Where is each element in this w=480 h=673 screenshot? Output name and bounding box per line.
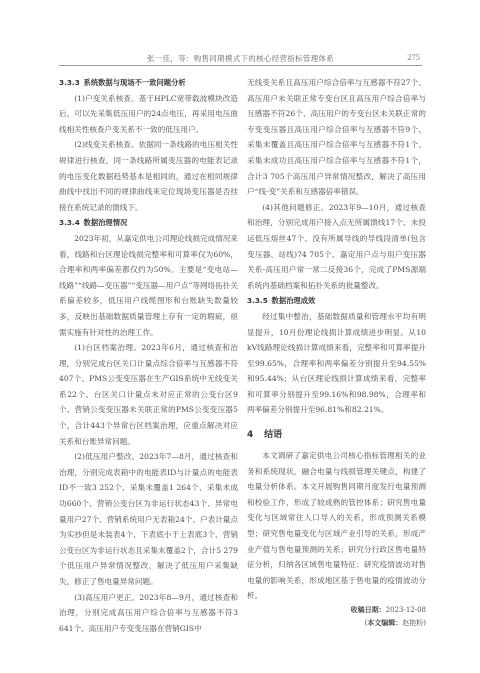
section-title: 数据治理情况 [84, 218, 128, 227]
received-value: 2023-12-08 [386, 606, 426, 614]
paren-close: ) [423, 619, 426, 627]
header-rule [59, 65, 422, 66]
paragraph: (1)台区档案治理。2023年6月，通过核查和治理，分别完成台区关口计量点综合倍… [59, 340, 238, 449]
paragraph: (2)低压用户整改。2023年7—8月，通过核查和治理，分别完成表箱中的电能表I… [59, 449, 238, 589]
paragraph: (1)户变关系核查。基于HPLC宽带载波模块改造后，可以先采集低压用户的24点电… [59, 91, 238, 138]
running-header: 张一佳，等：购售同期模式下的核心经营指标管理体系 275 [59, 51, 422, 65]
section-number: 3.3.5 [247, 293, 269, 309]
paragraph: (3)高压用户更正。2023年8—9月，通过核查和治理，分别完成高压用户综合倍率… [59, 590, 238, 637]
section-heading-4: 4 结语 [247, 424, 426, 446]
editor-credit: (本文编辑：赵艳粉) [247, 617, 426, 630]
right-column: 无线变关系且高压用户综合倍率与互感器不符27个、高压用户未关联正常专变台区且高压… [247, 75, 426, 630]
section-heading-3-3-4: 3.3.4 数据治理情况 [59, 215, 238, 231]
paragraph: 本文调研了嘉定供电公司核心指标管理相关的业务和系统现状，融合电量与线损管理关键点… [247, 448, 426, 604]
section-heading-3-3-5: 3.3.5 数据治理成效 [247, 293, 426, 309]
section-heading-3-3-3: 3.3.3 系统数据与现场不一致问题分析 [59, 75, 238, 91]
paragraph-continued: 无线变关系且高压用户综合倍率与互感器不符27个、高压用户未关联正常专变台区且高压… [247, 75, 426, 200]
editor-name: 赵艳粉 [402, 619, 423, 627]
section-number: 3.3.3 [59, 75, 81, 91]
section-title: 数据治理成效 [272, 296, 316, 305]
paragraph: (4)其他问题修正。2023年9—10月，通过核查和治理，分别完成用户接入点无所… [247, 200, 426, 294]
left-column: 3.3.3 系统数据与现场不一致问题分析 (1)户变关系核查。基于HPLC宽带载… [59, 75, 238, 636]
editor-label: 本文编辑： [367, 619, 402, 627]
section-number: 3.3.4 [59, 215, 81, 231]
received-label: 收稿日期： [351, 606, 386, 614]
section-title: 结语 [264, 430, 282, 440]
paragraph: (2)线变关系核查。依据同一条线路的电压相关性规律进行核查，同一条线路所属变压器… [59, 137, 238, 215]
running-title: 张一佳，等：购售同期模式下的核心经营指标管理体系 [59, 53, 422, 64]
received-date: 收稿日期：2023-12-08 [247, 604, 426, 617]
paragraph: 经过集中整治，基础数据质量和管理水平均有明显提升，10月份理论线损计算成绩进步明… [247, 309, 426, 418]
page-number: 275 [407, 52, 420, 62]
paragraph: 2023年初，从嘉定供电公司理论线损完成情况来看，线路和台区理论线损完整率和可算… [59, 231, 238, 340]
section-title: 系统数据与现场不一致问题分析 [84, 78, 186, 87]
section-number: 4 [247, 424, 261, 446]
